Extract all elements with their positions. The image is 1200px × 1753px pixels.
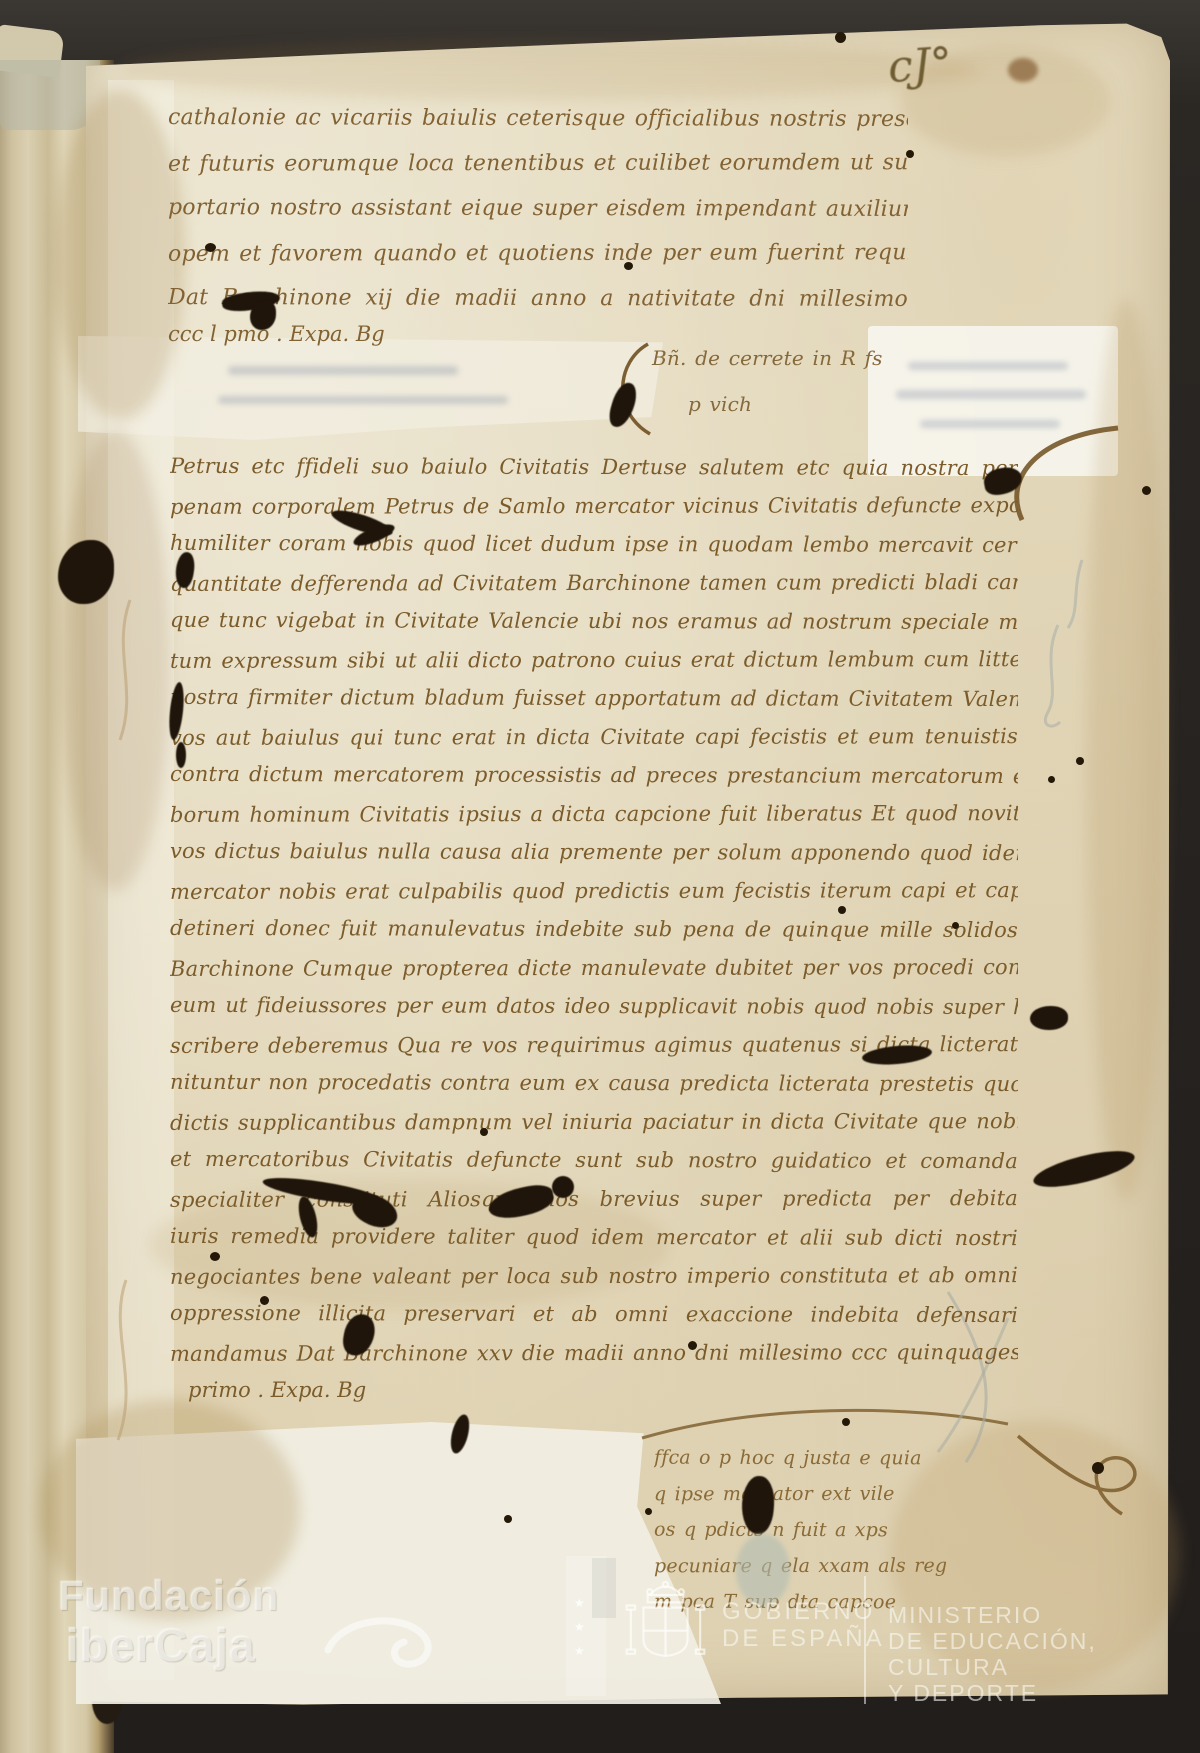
- manuscript-photo: cJ° cathalonie ac vicariis baiulis ceter…: [0, 0, 1200, 1753]
- margin-note: ffca o p hoc q justa e quia q ipse merca…: [654, 1440, 946, 1620]
- manuscript-line: ffca o p hoc q justa e quia: [654, 1440, 946, 1477]
- ministerio-watermark: MINISTERIO DE EDUCACIÓN, CULTURA Y DEPOR…: [888, 1602, 1200, 1706]
- star-icon: ★: [574, 1644, 585, 1658]
- ink-dot: [645, 1508, 652, 1515]
- stain: [1086, 300, 1166, 1200]
- manuscript-line: quantitate defferenda ad Civitatem Barch…: [170, 563, 1018, 603]
- manuscript-line: iuris remedia providere taliter quod ide…: [170, 1217, 1018, 1258]
- ink-dot: [842, 1418, 850, 1426]
- ink-dot: [1048, 776, 1055, 783]
- registrar-note-line: p vich: [688, 392, 808, 416]
- ibercaja-watermark-line2: iberCaja: [66, 1618, 256, 1672]
- ink-dot: [906, 150, 914, 158]
- gobierno-line1: GOBIERNO: [722, 1598, 885, 1625]
- ink-dot: [688, 1341, 697, 1350]
- body-paragraph: Petrus etc ffideli suo baiulo Civitatis …: [170, 448, 1018, 1372]
- ink-dot: [1092, 1462, 1104, 1474]
- manuscript-line: detineri donec fuit manulevatus indebite…: [170, 909, 1018, 950]
- ghost-text-mark: [228, 366, 458, 375]
- manuscript-line: contra dictum mercatorem processistis ad…: [170, 755, 1018, 796]
- manuscript-line: os q pdicts n fuit a xps: [654, 1512, 946, 1549]
- stain: [60, 430, 170, 890]
- stars-column-block: [592, 1558, 616, 1618]
- ministerio-line2: DE EDUCACIÓN, CULTURA: [888, 1628, 1200, 1680]
- manuscript-line: nostra firmiter dictum bladum fuisset ap…: [170, 678, 1018, 719]
- stain: [55, 90, 185, 420]
- gobierno-watermark: GOBIERNO DE ESPAÑA: [722, 1598, 885, 1652]
- manuscript-line: oppressione illicita preservari et ab om…: [170, 1294, 1018, 1335]
- manuscript-line: q ipse mercator ext vile: [654, 1476, 946, 1513]
- ink-dot: [838, 906, 846, 914]
- folio-number: cJ°: [886, 38, 954, 93]
- ink-dot: [952, 922, 959, 929]
- manuscript-line: portario nostro assistant eique super ei…: [168, 185, 908, 232]
- ink-blot: [176, 742, 186, 768]
- manuscript-line: Barchinone Cumque propterea dicte manule…: [170, 948, 1018, 988]
- ink-dot: [835, 32, 846, 43]
- manuscript-line: mercator nobis erat culpabilis quod pred…: [170, 871, 1018, 911]
- preamble-paragraph: cathalonie ac vicariis baiulis ceterisqu…: [168, 96, 908, 321]
- manuscript-line: mandamus Dat Barchinone xxv die madii an…: [170, 1333, 1018, 1373]
- ghost-text-mark: [920, 420, 1060, 428]
- gobierno-line2: DE ESPAÑA: [722, 1625, 885, 1652]
- manuscript-line: pecuniare q ela xxam als regia: [654, 1548, 946, 1585]
- ink-dot: [260, 1296, 269, 1305]
- preamble-closing: ccc l pmo . Expa. Bg: [168, 322, 385, 346]
- ink-dot: [624, 262, 633, 270]
- manuscript-line: Petrus etc ffideli suo baiulo Civitatis …: [170, 447, 1018, 488]
- manuscript-line: cathalonie ac vicariis baiulis ceterisqu…: [168, 95, 908, 142]
- manuscript-line: borum hominum Civitatis ipsius a dicta c…: [170, 794, 1018, 834]
- ghost-text-mark: [896, 390, 1086, 399]
- ink-dot: [1142, 486, 1151, 495]
- manuscript-line: opem et favorem quando et quotiens inde …: [168, 230, 908, 277]
- ink-dot: [1076, 757, 1084, 765]
- registrar-note-line: Bñ. de cerrete in R fs: [652, 346, 944, 370]
- manuscript-line: eum ut fideiussores per eum datos ideo s…: [170, 986, 1018, 1027]
- manuscript-line: vos dictus baiulus nulla causa alia prem…: [170, 832, 1018, 873]
- watermark-divider: [864, 1576, 866, 1704]
- ink-blot: [552, 1176, 574, 1198]
- star-icon: ★: [574, 1596, 585, 1610]
- pale-smear: [736, 1534, 790, 1606]
- manuscript-line: dictis supplicantibus dampnum vel iniuri…: [170, 1102, 1018, 1142]
- manuscript-line: tum expressum sibi ut alii dicto patrono…: [170, 640, 1018, 680]
- manuscript-line: vos aut baiulus qui tunc erat in dicta C…: [170, 717, 1018, 757]
- ink-blot: [1030, 1006, 1068, 1030]
- ink-dot: [504, 1515, 512, 1523]
- ink-dot: [480, 1128, 488, 1136]
- manuscript-line: que tunc vigebat in Civitate Valencie ub…: [170, 601, 1018, 642]
- manuscript-line: negociantes bene valeant per loca sub no…: [170, 1256, 1018, 1296]
- ink-dot: [210, 1252, 220, 1261]
- manuscript-line: humiliter coram nobis quod licet dudum i…: [170, 524, 1018, 565]
- manuscript-line: et futuris eorumque loca tenentibus et c…: [168, 140, 908, 187]
- ibercaja-watermark-line1: Fundación: [58, 1572, 279, 1620]
- ministerio-line3: Y DEPORTE: [888, 1680, 1200, 1706]
- ministerio-line1: MINISTERIO: [888, 1602, 1200, 1628]
- manuscript-line: nituntur non procedatis contra eum ex ca…: [170, 1063, 1018, 1104]
- star-icon: ★: [574, 1620, 585, 1634]
- manuscript-line: et mercatoribus Civitatis defuncte sunt …: [170, 1140, 1018, 1181]
- manuscript-line: penam corporalem Petrus de Samlo mercato…: [170, 486, 1018, 526]
- ink-smudge: [1008, 58, 1038, 82]
- body-closing: primo . Expa. Bg: [188, 1378, 366, 1402]
- stain: [120, 40, 980, 100]
- ghost-text-mark: [218, 396, 508, 404]
- ink-dot: [205, 243, 216, 252]
